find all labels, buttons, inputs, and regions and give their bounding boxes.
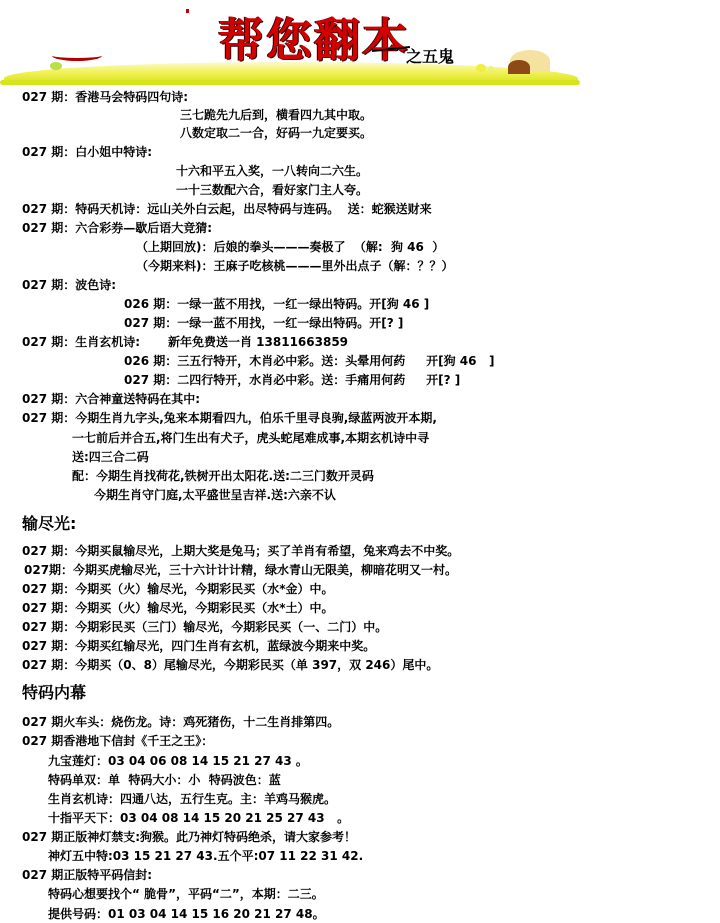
riddle-current: （今期来料)：王麻子吃核桃———里外出点子（解：？？） <box>136 258 454 274</box>
color-poem-heading: 027 期：波色诗: <box>22 277 116 293</box>
color-poem-027: 027 期：一绿一蓝不用找，一红一绿出特码。开[? ] <box>124 315 403 331</box>
lose-all-line: 027 期：今期买（0、8）尾输尽光，今期彩民买（单 397，双 246）尾中。 <box>22 657 438 673</box>
color-poem-026: 026 期：一绿一蓝不用找，一红一绿出特码。开[狗 46 ] <box>124 296 429 312</box>
magic-lamp-heading: 027 期正版神灯禁支:狗猴。此乃神灯特码绝杀，请大家参考！ <box>22 829 356 845</box>
lose-all-line: 027 期：今期买（火）输尽光，今期彩民买（水*金）中。 <box>22 581 334 597</box>
banner-hut-icon <box>508 60 530 74</box>
zodiac-mystery-poem: 生肖玄机诗：四通八达，五行生克。主：羊鸡马猴虎。 <box>48 791 336 807</box>
poem-line: 八数定取二一合，好码一九定要买。 <box>180 125 372 141</box>
poem-heading-hk: 027 期：香港马会特码四句诗: <box>22 89 188 105</box>
poem-line: 三七跪先九后到，横看四九其中取。 <box>180 107 372 123</box>
zodiac-poem-026: 026 期：三五行特开，木肖必中彩。送：头晕用何药 开[狗 46 ] <box>124 353 495 369</box>
poem-line: 一十三数配六合，看好家门主人夸。 <box>176 182 368 198</box>
lose-all-line: 027 期：今期买红输尽光，四门生肖有玄机，蓝绿波今期来中奖。 <box>22 638 375 654</box>
zodiac-poem-heading: 027 期：生肖玄机诗: <box>22 334 140 350</box>
page-subtitle: 之五鬼 <box>406 44 454 67</box>
shentong-gift: 送:四三合二码 <box>72 449 149 465</box>
provided-numbers: 提供号码：01 03 04 14 15 16 20 21 27 48。 <box>48 906 325 922</box>
shentong-pair: 配：今期生肖找荷花,铁树开出太阳花.送:二三门数开灵码 <box>72 468 374 484</box>
odd-even-size-color: 特码单双：单 特码大小：小 特码波色：蓝 <box>48 772 281 788</box>
envelope-hint: 特码心想要找个“ 脆骨”，平码“二”，本期：二三。 <box>48 886 324 902</box>
shentong-line: 一七前后并合五,将门生出有犬子，虎头蛇尾难成事,本期玄机诗中寻 <box>72 430 429 446</box>
zodiac-poem-027: 027 期：二四行特开，水肖必中彩。送：手痛用何药 开[? ] <box>124 372 460 388</box>
banner-sun-small-icon <box>488 66 494 72</box>
lotus-lamp-numbers: 九宝莲灯：03 04 06 08 14 15 21 27 43 。 <box>48 753 308 769</box>
liuhe-shentong-heading: 027 期：六合神童送特码在其中: <box>22 391 200 407</box>
lose-all-line: 027 期：今期买鼠输尽光，上期大奖是兔马；买了羊肖有希望，兔来鸡去不中奖。 <box>22 543 459 559</box>
banner-red-dot <box>186 9 189 13</box>
special-code-line: 027 期火车头：烧伤龙。诗：鸡死猪伤，十二生肖排第四。 <box>22 714 339 730</box>
shentong-line: 今期生肖守门庭,太平盛世呈吉祥.送:六亲不认 <box>94 487 336 503</box>
banner-red-arc-decoration <box>52 50 102 61</box>
header-banner: 帮您翻本 之五鬼 <box>0 0 600 88</box>
lose-all-line: 027期：今期买虎输尽光，三十六计计计精，绿水青山无限美，柳暗花明又一村。 <box>24 562 457 578</box>
section-heading-special-code: 特码内幕 <box>22 683 86 703</box>
tianji-poem: 027 期：特码天机诗：远山关外白云起，出尽特码与连码。 送：蛇猴送财来 <box>22 201 432 217</box>
lose-all-line: 027 期：今期买（火）输尽光，今期彩民买（水*土）中。 <box>22 600 334 616</box>
lose-all-line: 027 期：今期彩民买（三门）输尽光，今期彩民买（一、二门）中。 <box>22 619 387 635</box>
ten-finger-numbers: 十指平天下：03 04 08 14 15 20 21 25 27 43 。 <box>48 810 349 826</box>
poem-heading-bai: 027 期：白小姐中特诗: <box>22 144 152 160</box>
shentong-line: 027 期：今期生肖九字头,兔来本期看四九，伯乐千里寻良驹,绿蓝两波开本期, <box>22 410 437 426</box>
riddle-heading: 027 期：六合彩券—歇后语大竞猜: <box>22 220 212 236</box>
section-heading-lose-all: 输尽光: <box>22 514 76 534</box>
free-zodiac-phone: 新年免费送一肖 13811663859 <box>168 334 348 350</box>
page-title: 帮您翻本 <box>218 4 410 70</box>
envelope-heading: 027 期正版特平码信封: <box>22 867 152 883</box>
special-code-line: 027 期香港地下信封《千王之王》： <box>22 733 213 749</box>
magic-lamp-numbers: 神灯五中特:03 15 21 27 43.五个平:07 11 22 31 42. <box>48 848 363 864</box>
banner-sun-icon <box>476 64 486 72</box>
banner-ground-strip <box>0 80 580 85</box>
poem-line: 十六和平五入奖，一八转向二六生。 <box>176 163 368 179</box>
banner-flower-icon <box>50 62 62 70</box>
riddle-previous: （上期回放)：后娘的拳头———奏极了 （解: 狗 46 ） <box>136 239 444 255</box>
